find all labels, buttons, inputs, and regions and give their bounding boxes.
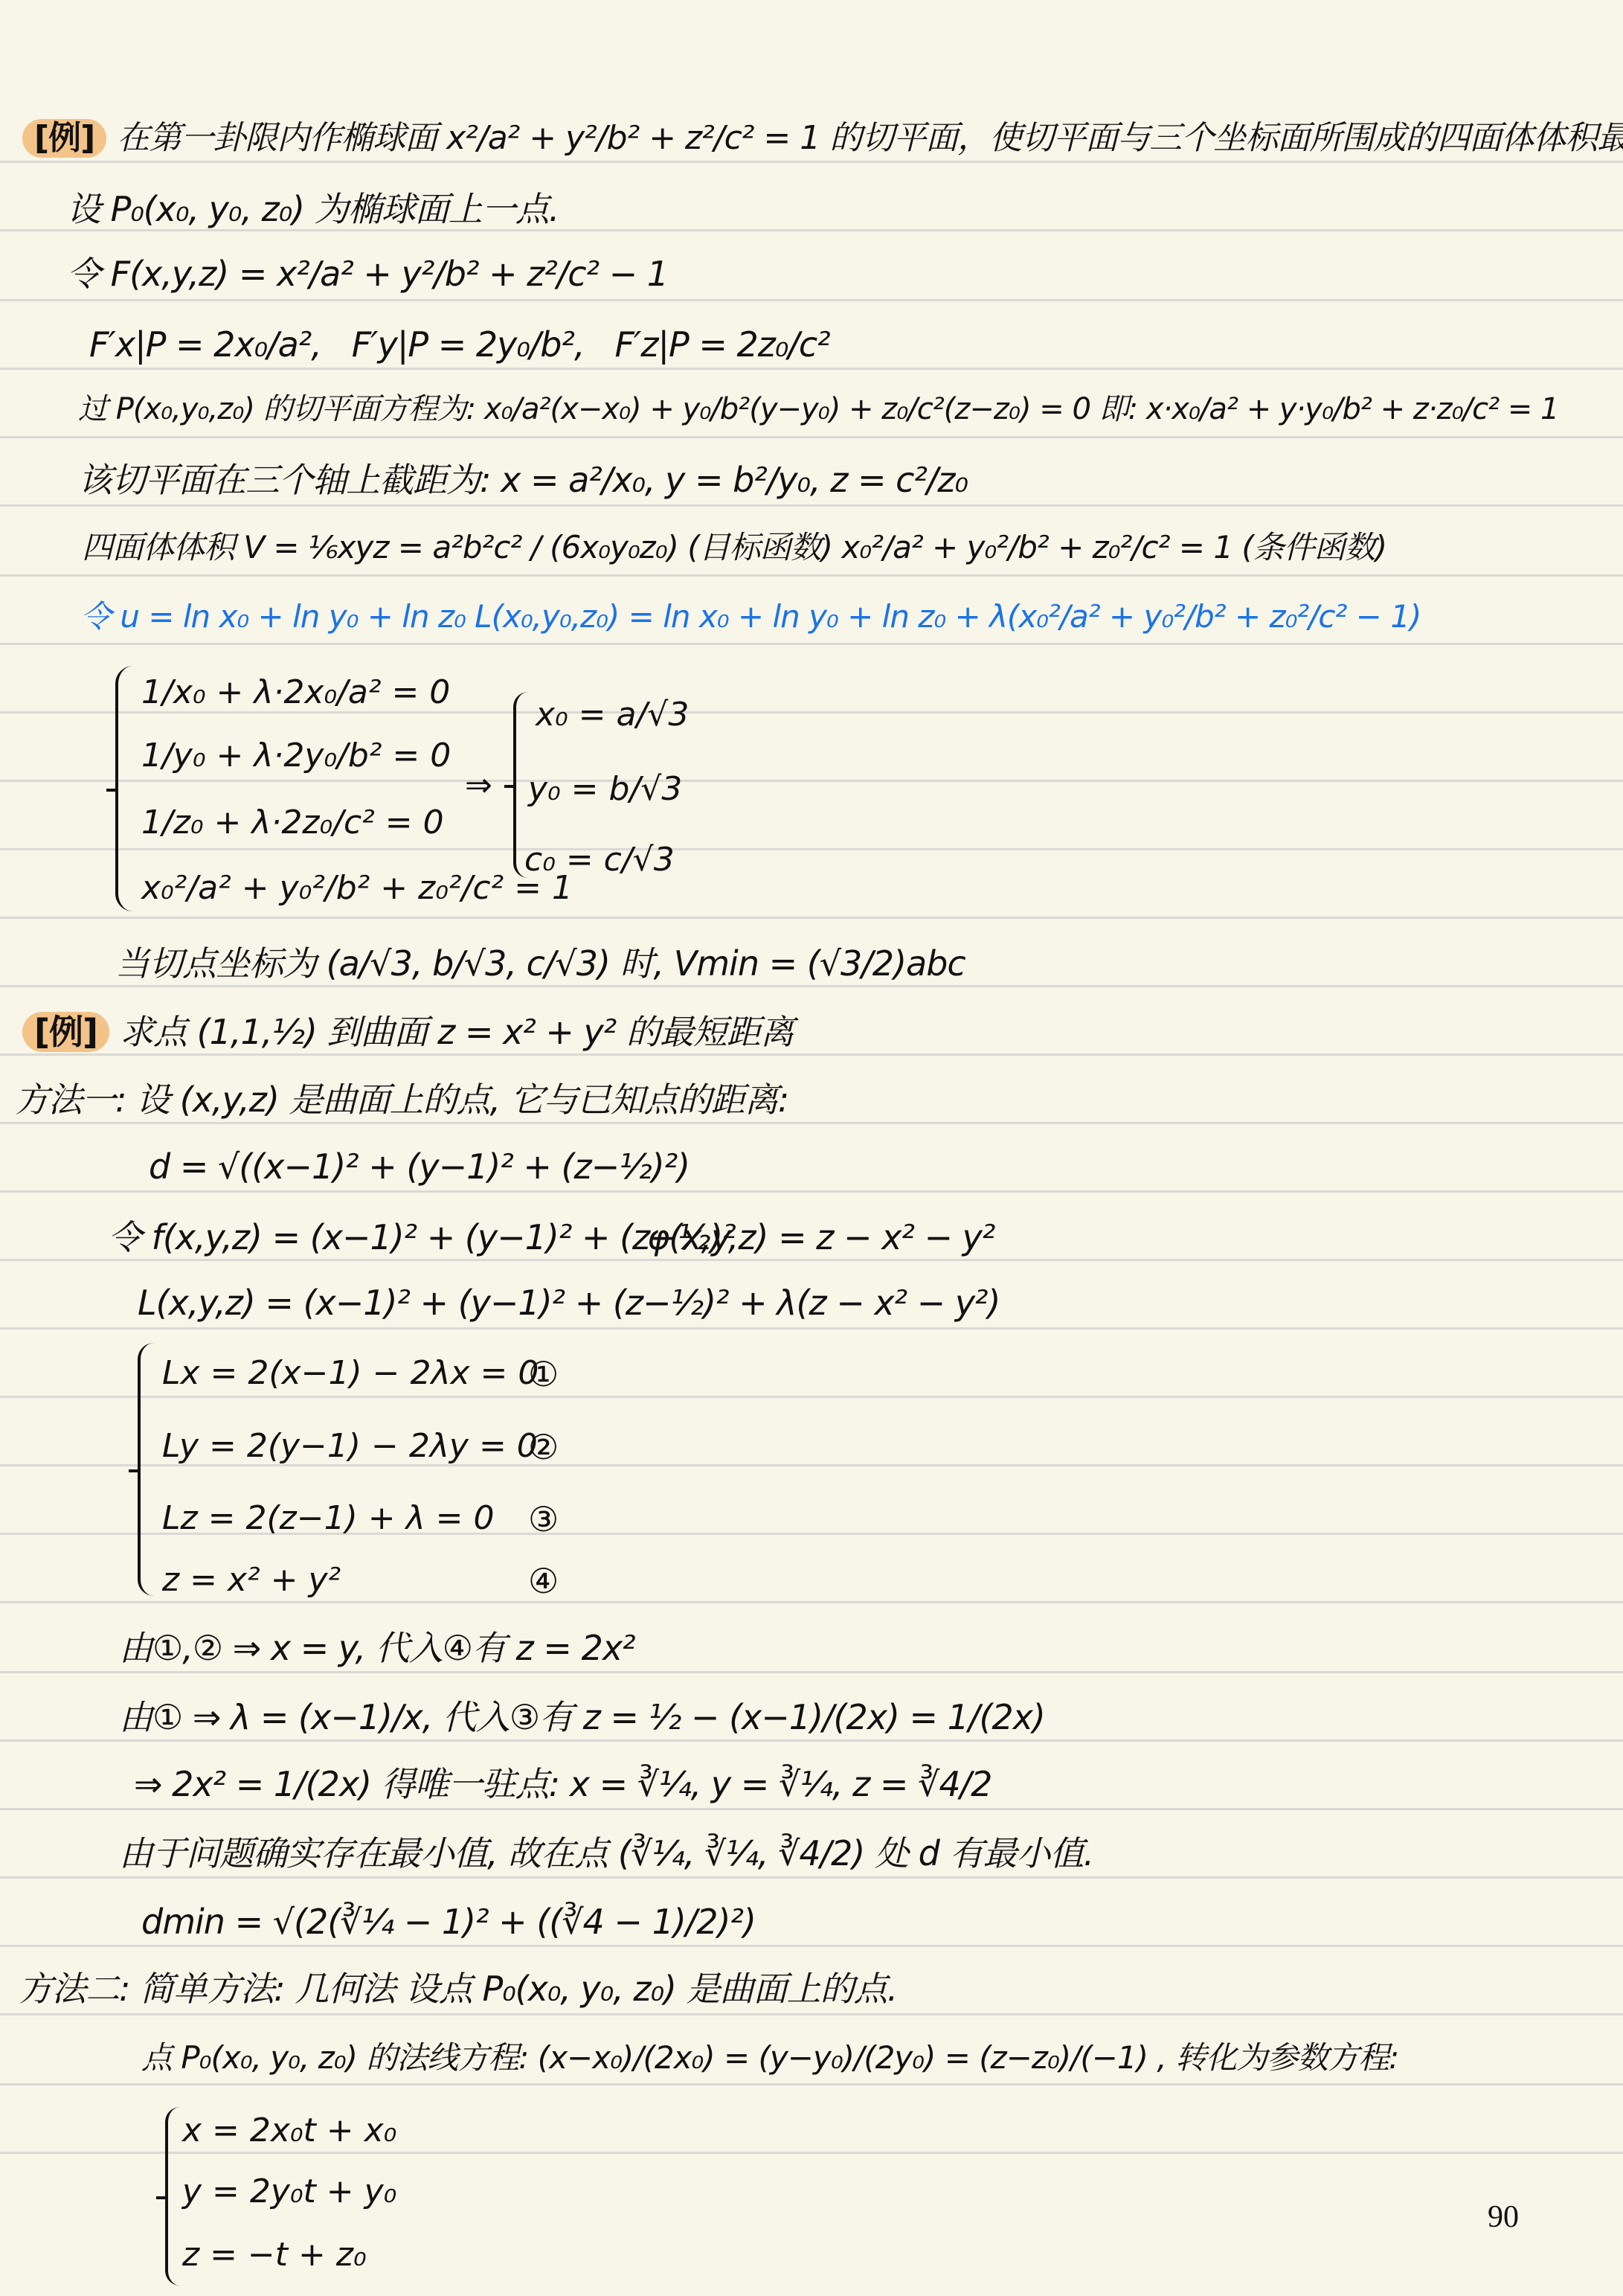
system1-row: 1/z₀ + λ·2z₀/c² = 0 [141, 804, 444, 841]
example1-conclusion: 当切点坐标为 (a/√3, b/√3, c/√3) 时, Vmin = (√3/… [115, 946, 965, 981]
rule-line [0, 1190, 1623, 1193]
system2-row: Lz = 2(z−1) + λ = 0 [162, 1499, 494, 1537]
normal-line-equation: 点 P₀(x₀, y₀, z₀) 的法线方程: (x−x₀)/(2x₀) = (… [141, 2042, 1398, 2074]
example-badge: [例] [22, 1012, 109, 1052]
system1-row: 1/x₀ + λ·2x₀/a² = 0 [141, 673, 450, 711]
rule-line [0, 1122, 1623, 1124]
implies-arrow-icon: ⇒ [465, 766, 492, 804]
rule-line [0, 1054, 1623, 1056]
system2-row: Lx = 2(x−1) − 2λx = 0 [162, 1354, 539, 1392]
rule-line [0, 711, 1623, 714]
rule-line [0, 985, 1623, 987]
rule-line [0, 2152, 1623, 2154]
circled-number-icon: ② [528, 1427, 559, 1467]
rule-line [0, 643, 1623, 645]
left-brace-icon [138, 1343, 154, 1596]
param-row: x = 2x₀t + x₀ [182, 2111, 396, 2149]
example1-F-def: 令 F(x,y,z) = x²/a² + y²/b² + z²/c² − 1 [67, 257, 668, 291]
phi-definition: φ(x,y,z) = z − x² − y² [647, 1220, 994, 1254]
left-brace-icon [115, 666, 133, 911]
rule-line [0, 1945, 1623, 1947]
step-3: ⇒ 2x² = 1/(2x) 得唯一驻点: x = ∛¼, y = ∛¼, z … [134, 1767, 992, 1801]
method1-intro: 方法一: 设 (x,y,z) 是曲面上的点, 它与已知点的距离: [15, 1083, 788, 1117]
example1-partials: F′x|P = 2x₀/a², F′y|P = 2y₀/b², F′z|P = … [89, 327, 830, 362]
example1-tangent-plane: 过 P(x₀,y₀,z₀) 的切平面方程为: x₀/a²(x−x₀) + y₀/… [78, 394, 1559, 424]
example1-problem: [例]在第一卦限内作椭球面 x²/a² + y²/b² + z²/c² = 1 … [22, 119, 1623, 158]
partial-Fx: F′x|P = 2x₀/a² [89, 324, 311, 365]
rule-line [0, 1671, 1623, 1673]
param-row: y = 2y₀t + y₀ [182, 2172, 396, 2210]
rule-line [0, 574, 1623, 577]
rule-line [0, 2013, 1623, 2016]
rule-line [0, 161, 1623, 163]
system2-row: z = x² + y² [162, 1561, 341, 1599]
rule-line [0, 1808, 1623, 1810]
rule-line [0, 917, 1623, 919]
partial-Fy: F′y|P = 2y₀/b² [352, 324, 574, 365]
dmin-formula: dmin = √(2(∛¼ − 1)² + ((∛4 − 1)/2)²) [141, 1905, 756, 1939]
system1-row: x₀²/a² + y₀²/b² + z₀²/c² = 1 [141, 869, 573, 907]
solution-row: x₀ = a/√3 [536, 696, 689, 734]
rule-line [0, 848, 1623, 850]
step-4: 由于问题确实存在最小值, 故在点 (∛¼, ∛¼, ∛4/2) 处 d 有最小值… [119, 1836, 1093, 1870]
circled-number-icon: ④ [528, 1561, 559, 1601]
rule-line [0, 368, 1623, 370]
param-row: z = −t + z₀ [182, 2236, 367, 2274]
rule-line [0, 1876, 1623, 1879]
solution-row: y₀ = b/√3 [528, 770, 682, 808]
rule-line [0, 1396, 1623, 1398]
example-badge: [例] [22, 119, 106, 158]
lagrangian-definition: L(x,y,z) = (x−1)² + (y−1)² + (z−½)² + λ(… [138, 1286, 1000, 1320]
example2-problem: [例]求点 (1,1,½) 到曲面 z = x² + y² 的最短距离 [22, 1012, 794, 1052]
rule-line [0, 504, 1623, 507]
example1-setpoint: 设 P₀(x₀, y₀, z₀) 为椭球面上一点. [67, 192, 559, 226]
example1-volume: 四面体体积 V = ⅙xyz = a²b²c² / (6x₀y₀z₀) (目标函… [82, 532, 1386, 563]
step-2: 由① ⇒ λ = (x−1)/x, 代入③有 z = ½ − (x−1)/(2x… [119, 1700, 1045, 1734]
example1-intercepts: 该切平面在三个轴上截距为: x = a²/x₀, y = b²/y₀, z = … [78, 463, 968, 497]
circled-number-icon: ③ [528, 1499, 559, 1539]
rule-line [0, 1601, 1623, 1603]
solution-row: c₀ = c/√3 [524, 841, 675, 879]
distance-formula: d = √((x−1)² + (y−1)² + (z−½)²) [149, 1149, 690, 1184]
example1-lagrange: 令 u = ln x₀ + ln y₀ + ln z₀ L(x₀,y₀,z₀) … [80, 601, 1421, 632]
page-number: 90 [1488, 2199, 1519, 2235]
rule-line [0, 1739, 1623, 1742]
rule-line [0, 229, 1623, 231]
step-1: 由①,② ⇒ x = y, 代入④有 z = 2x² [119, 1631, 635, 1665]
system2-row: Ly = 2(y−1) − 2λy = 0 [162, 1427, 538, 1465]
rule-line [0, 1259, 1623, 1261]
rule-line [0, 1327, 1623, 1330]
rule-line [0, 299, 1623, 301]
circled-number-icon: ① [528, 1354, 559, 1394]
left-brace-icon [165, 2107, 180, 2286]
system1-row: 1/y₀ + λ·2y₀/b² = 0 [141, 737, 451, 775]
rule-line [0, 2083, 1623, 2085]
rule-line [0, 780, 1623, 782]
rule-line [0, 436, 1623, 438]
partial-Fz: F′z|P = 2z₀/c² [614, 324, 829, 365]
f-definition: 令 f(x,y,z) = (x−1)² + (y−1)² + (z−½)² [108, 1220, 736, 1254]
method2-intro: 方法二: 简单方法: 几何法 设点 P₀(x₀, y₀, z₀) 是曲面上的点. [19, 1972, 897, 2006]
